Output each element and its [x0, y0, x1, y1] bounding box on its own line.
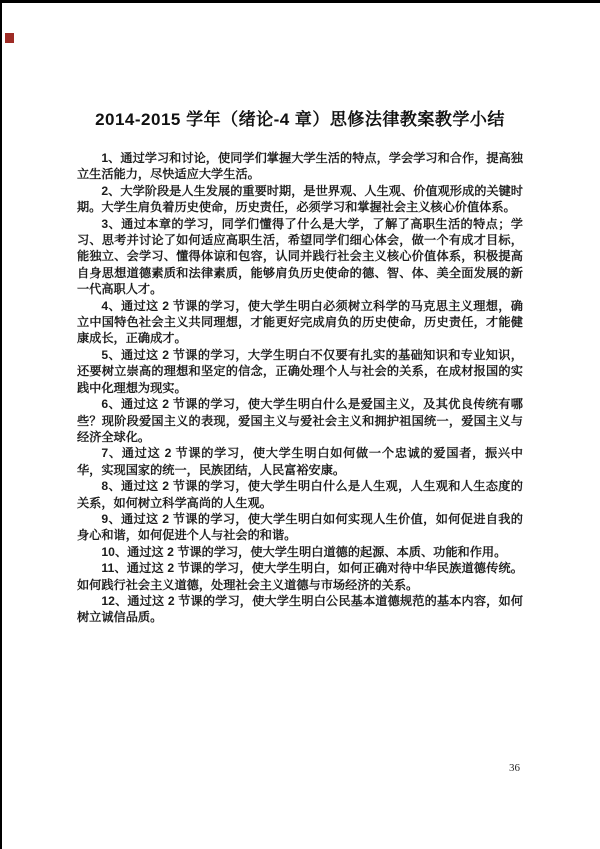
paragraph: 12、通过这 2 节课的学习，使大学生明白公民基本道德规范的基本内容，如何树立诚…: [77, 593, 523, 626]
document-body: 1、通过学习和讨论，使同学们掌握大学生活的特点，学会学习和合作，提高独立生活能力…: [77, 150, 523, 626]
paragraph: 10、通过这 2 节课的学习，使大学生明白道德的起源、本质、功能和作用。: [77, 544, 523, 560]
paragraph: 8、通过这 2 节课的学习，使大学生明白什么是人生观，人生观和人生态度的关系，如…: [77, 478, 523, 511]
paragraph: 6、通过这 2 节课的学习，使大学生明白什么是爱国主义，及其优良传统有哪些？现阶…: [77, 396, 523, 445]
paragraph: 5、通过这 2 节课的学习，大学生明白不仅要有扎实的基础知识和专业知识，还要树立…: [77, 347, 523, 396]
paragraph: 3、通过本章的学习，同学们懂得了什么是大学，了解了高职生活的特点；学习、思考并讨…: [77, 216, 523, 298]
paragraph: 1、通过学习和讨论，使同学们掌握大学生活的特点，学会学习和合作，提高独立生活能力…: [77, 150, 523, 183]
paragraph: 4、通过这 2 节课的学习，使大学生明白必须树立科学的马克思主义理想，确立中国特…: [77, 298, 523, 347]
page-number: 36: [509, 762, 539, 774]
document-page: 2014-2015 学年（绪论-4 章）思修法律教案教学小结 1、通过学习和讨论…: [0, 0, 600, 849]
paragraph: 11、通过这 2 节课的学习，使大学生明白，如何正确对待中华民族道德传统。如何践…: [77, 560, 523, 593]
paragraph: 2、大学阶段是人生发展的重要时期，是世界观、人生观、价值观形成的关键时期。大学生…: [77, 183, 523, 216]
page-title: 2014-2015 学年（绪论-4 章）思修法律教案教学小结: [0, 108, 600, 132]
paragraph: 7、通过这 2 节课的学习，使大学生明白如何做一个忠诚的爱国者，振兴中华，实现国…: [77, 445, 523, 478]
paragraph: 9、通过这 2 节课的学习，使大学生明白如何实现人生价值，如何促进自我的身心和谐…: [77, 511, 523, 544]
scan-border-top-line: [0, 0, 600, 3]
corner-red-mark: [5, 33, 14, 43]
